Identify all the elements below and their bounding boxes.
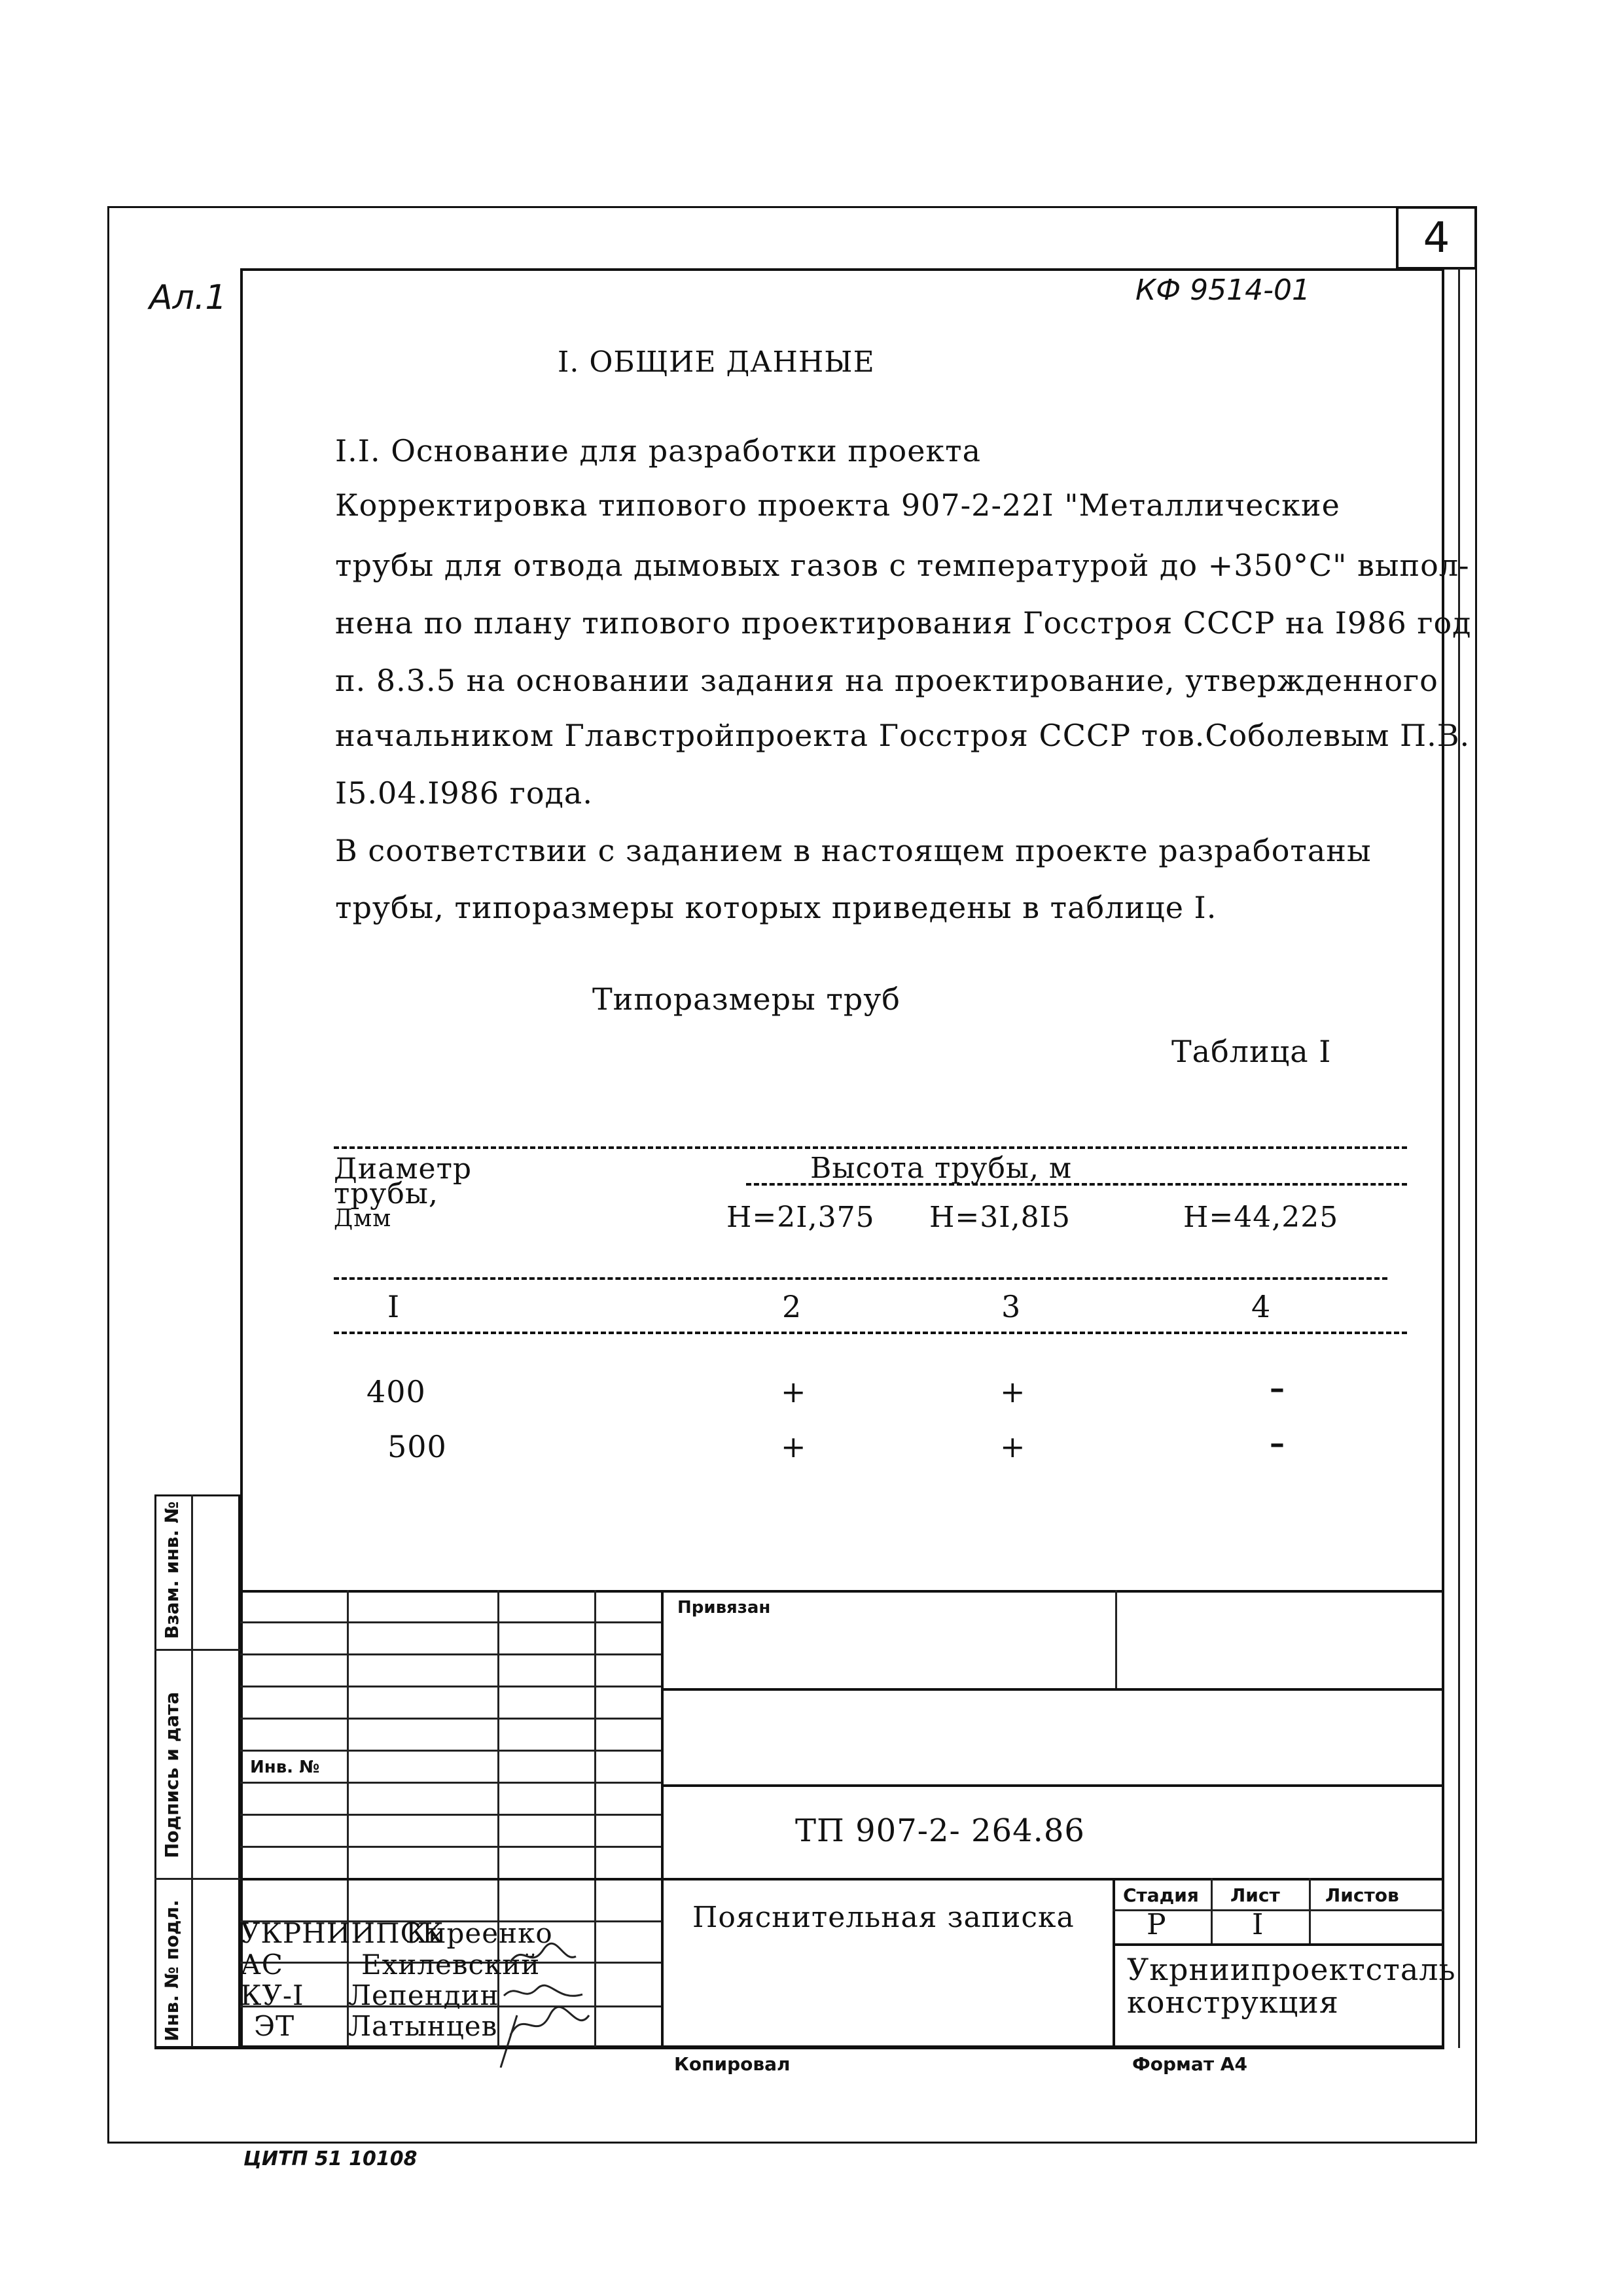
page-number-box: 4 <box>1396 206 1477 270</box>
stage-box-left <box>1113 1878 1115 2048</box>
height-column-header: H=44,225 <box>1183 1201 1338 1234</box>
column-number: 4 <box>1251 1289 1271 1324</box>
row-value: + <box>781 1429 807 1464</box>
sheets-header: Листов <box>1325 1884 1399 1906</box>
body-line: начальником Главстройпроекта Госстроя СС… <box>335 718 1470 753</box>
height-column-header: H=2I,375 <box>726 1201 875 1234</box>
title-row-line <box>661 1688 1444 1691</box>
row-value: + <box>781 1374 807 1409</box>
grid-row-line <box>240 1621 661 1623</box>
grid-row-line <box>240 1878 661 1881</box>
title-row-line <box>661 1878 1444 1881</box>
body-line: нена по плану типового проектирования Го… <box>335 605 1471 641</box>
stage-value: Р <box>1147 1908 1167 1941</box>
privyazan-label: Привязан <box>677 1598 770 1617</box>
grid-row-line <box>240 1686 661 1687</box>
row-value: + <box>1000 1429 1026 1464</box>
side-label-inv-podl: Инв. № подл. <box>161 1899 183 2041</box>
grid-col-line <box>661 1590 664 2048</box>
side-label-podpis-data: Подпись и дата <box>161 1692 183 1858</box>
side-stamp-divider <box>191 1494 193 2048</box>
grid-row-line <box>240 1718 661 1720</box>
signatory-role: АС <box>240 1949 283 1981</box>
body-line: В соответствии с заданием в настоящем пр… <box>335 833 1372 868</box>
table-header-rule <box>334 1277 1387 1280</box>
stage-bottom-line <box>1113 1943 1444 1946</box>
title-block-bottom <box>154 2047 1444 2049</box>
document-name: Пояснительная записка <box>692 1901 1075 1934</box>
format-label: Формат А4 <box>1132 2053 1247 2075</box>
grid-row-line <box>240 1750 661 1752</box>
body-line: I5.04.I986 года. <box>335 775 593 811</box>
row-diameter: 400 <box>366 1374 426 1409</box>
table-label: Таблица I <box>1171 1034 1331 1069</box>
title-block-top <box>240 1590 1444 1593</box>
body-line: п. 8.3.5 на основании задания на проекти… <box>335 663 1438 698</box>
body-line: Корректировка типового проекта 907-2-22I… <box>335 487 1340 523</box>
organization-line: Укрниипроектсталь <box>1127 1953 1456 1986</box>
side-stamp-sep <box>154 1878 240 1880</box>
privyazan-divider <box>1115 1590 1117 1688</box>
row-value: + <box>1000 1374 1026 1409</box>
column-number: 2 <box>782 1289 802 1324</box>
inv-no-label: Инв. № <box>250 1757 319 1777</box>
height-group-header: Высота трубы, м <box>810 1152 1072 1185</box>
subsection-title: I.I. Основание для разработки проекта <box>335 433 981 468</box>
organization-line: конструкция <box>1127 1986 1456 2019</box>
signatory-name: Лепендин <box>348 1979 499 2011</box>
grid-row-line <box>240 1846 661 1848</box>
title-row-line <box>661 1784 1444 1787</box>
grid-row-line <box>240 1814 661 1816</box>
grid-row-line <box>240 1653 661 1655</box>
table-caption: Типоразмеры труб <box>592 981 901 1017</box>
signatory-name: Латынцев <box>348 2010 497 2042</box>
diameter-header: Диаметр трубы, Дмм <box>334 1157 472 1231</box>
footer-print-code: ЦИТП 51 10108 <box>243 2147 418 2170</box>
row-value: – <box>1270 1370 1285 1405</box>
body-line: трубы, типоразмеры которых приведены в т… <box>335 890 1217 925</box>
project-code: ТП 907-2- 264.86 <box>795 1812 1085 1849</box>
signatory-role: ЭТ <box>254 2010 294 2042</box>
column-number: I <box>387 1289 400 1324</box>
sheet-header: Лист <box>1230 1884 1280 1906</box>
row-value: – <box>1270 1425 1285 1460</box>
stage-header: Стадия <box>1123 1884 1199 1906</box>
page-number: 4 <box>1399 214 1474 262</box>
grid-row-line <box>240 1782 661 1784</box>
height-column-header: H=3I,8I5 <box>929 1201 1071 1234</box>
table-numbers-rule <box>334 1332 1407 1334</box>
section-title: I. ОБЩИЕ ДАННЫЕ <box>558 345 875 379</box>
document-code: КФ 9514-01 <box>1135 274 1310 307</box>
side-label-vzam-inv: Взам. инв. № <box>161 1501 183 1639</box>
side-stamp-sep <box>154 1649 240 1651</box>
row-diameter: 500 <box>387 1429 447 1464</box>
body-line: трубы для отвода дымовых газов с темпера… <box>335 548 1470 583</box>
copied-label: Копировал <box>674 2053 791 2075</box>
organization-name: Укрниипроектсталь конструкция <box>1127 1953 1456 2019</box>
signatory-role: КУ-I <box>240 1979 304 2011</box>
margin-note: Ал.1 <box>149 278 226 317</box>
frame-right-double-line <box>1458 268 1460 2048</box>
column-number: 3 <box>1001 1289 1021 1324</box>
table-top-rule <box>334 1146 1407 1149</box>
sheet-value: I <box>1252 1908 1264 1941</box>
